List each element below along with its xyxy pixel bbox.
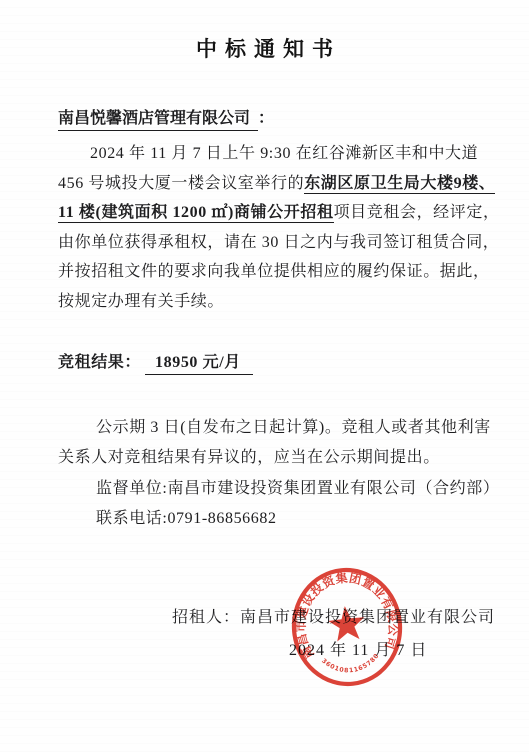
company-seal-stamp: 南昌市建设投资集团置业有限公司 3601081165780: [284, 560, 410, 693]
bid-result-line: 竞租结果：18950 元/月: [58, 349, 253, 375]
supervisor-line: 监督单位:南昌市建设投资集团置业有限公司（合约部）: [58, 474, 474, 504]
para1-line1-text: 2024 年 11 月 7 日上午 9:30 在红谷滩新区丰和中大道: [90, 145, 478, 162]
para1-line4: 由你单位获得承租权，请在 30 日之内与我司签订租赁合同，: [58, 228, 474, 258]
para2-line1: 公示期 3 日(自发布之日起计算)。竞租人或者其他利害: [58, 413, 474, 443]
para1-line5: 并按招租文件的要求向我单位提供相应的履约保证。据此，: [58, 257, 474, 287]
bid-award-notice-document: 中标通知书 南昌悦馨酒店管理有限公司： 2024 年 11 月 7 日上午 9:…: [0, 0, 529, 752]
para1-line1: 2024 年 11 月 7 日上午 9:30 在红谷滩新区丰和中大道: [58, 139, 474, 169]
para2-line1-text: 公示期 3 日(自发布之日起计算)。竞租人或者其他利害: [96, 419, 491, 436]
body-paragraph-1: 2024 年 11 月 7 日上午 9:30 在红谷滩新区丰和中大道 456 号…: [58, 139, 474, 317]
seal-code-number: 3601081165780: [320, 652, 383, 678]
supervisor-text: 监督单位:南昌市建设投资集团置业有限公司（合约部）: [96, 480, 499, 497]
addressee-company-name: 南昌悦馨酒店管理有限公司: [58, 105, 258, 131]
para1-line3-normal-text: 项目竞租会，经评定，: [334, 204, 500, 221]
bid-result-label: 竞租结果：: [58, 354, 141, 371]
para1-line2: 456 号城投大厦一楼会议室举行的东湖区原卫生局大楼9楼、: [58, 169, 474, 199]
addressee-line: 南昌悦馨酒店管理有限公司：: [58, 105, 274, 131]
para1-line3: 11 楼(建筑面积 1200 ㎡)商铺公开招租项目竞租会，经评定，: [58, 198, 474, 228]
addressee-colon: ：: [258, 110, 274, 127]
document-title: 中标通知书: [0, 33, 529, 63]
para1-line2-emphasized-text: 东湖区原卫生局大楼9楼、: [304, 175, 495, 194]
para2-line2: 关系人对竞租结果有异议的，应当在公示期间提出。: [58, 443, 474, 473]
para1-line6: 按规定办理有关手续。: [58, 287, 474, 317]
para1-line6-text: 按规定办理有关手续。: [58, 293, 224, 310]
para2-line2-text: 关系人对竞租结果有异议的，应当在公示期间提出。: [58, 449, 440, 466]
contact-phone-text: 联系电话:0791-86856682: [96, 510, 277, 527]
para1-line3-emphasized-text: 11 楼(建筑面积 1200 ㎡)商铺公开招租: [58, 204, 334, 223]
body-paragraph-2: 公示期 3 日(自发布之日起计算)。竞租人或者其他利害 关系人对竞租结果有异议的…: [58, 413, 474, 535]
para1-line5-text: 并按招租文件的要求向我单位提供相应的履约保证。据此，: [58, 263, 490, 280]
para1-line4-text: 由你单位获得承租权，请在 30 日之内与我司签订租赁合同，: [58, 234, 499, 251]
seal-star-icon: [327, 604, 367, 642]
bid-result-value: 18950 元/月: [145, 349, 253, 375]
contact-phone-line: 联系电话:0791-86856682: [58, 504, 474, 534]
para1-line2-normal-text: 456 号城投大厦一楼会议室举行的: [58, 175, 304, 192]
